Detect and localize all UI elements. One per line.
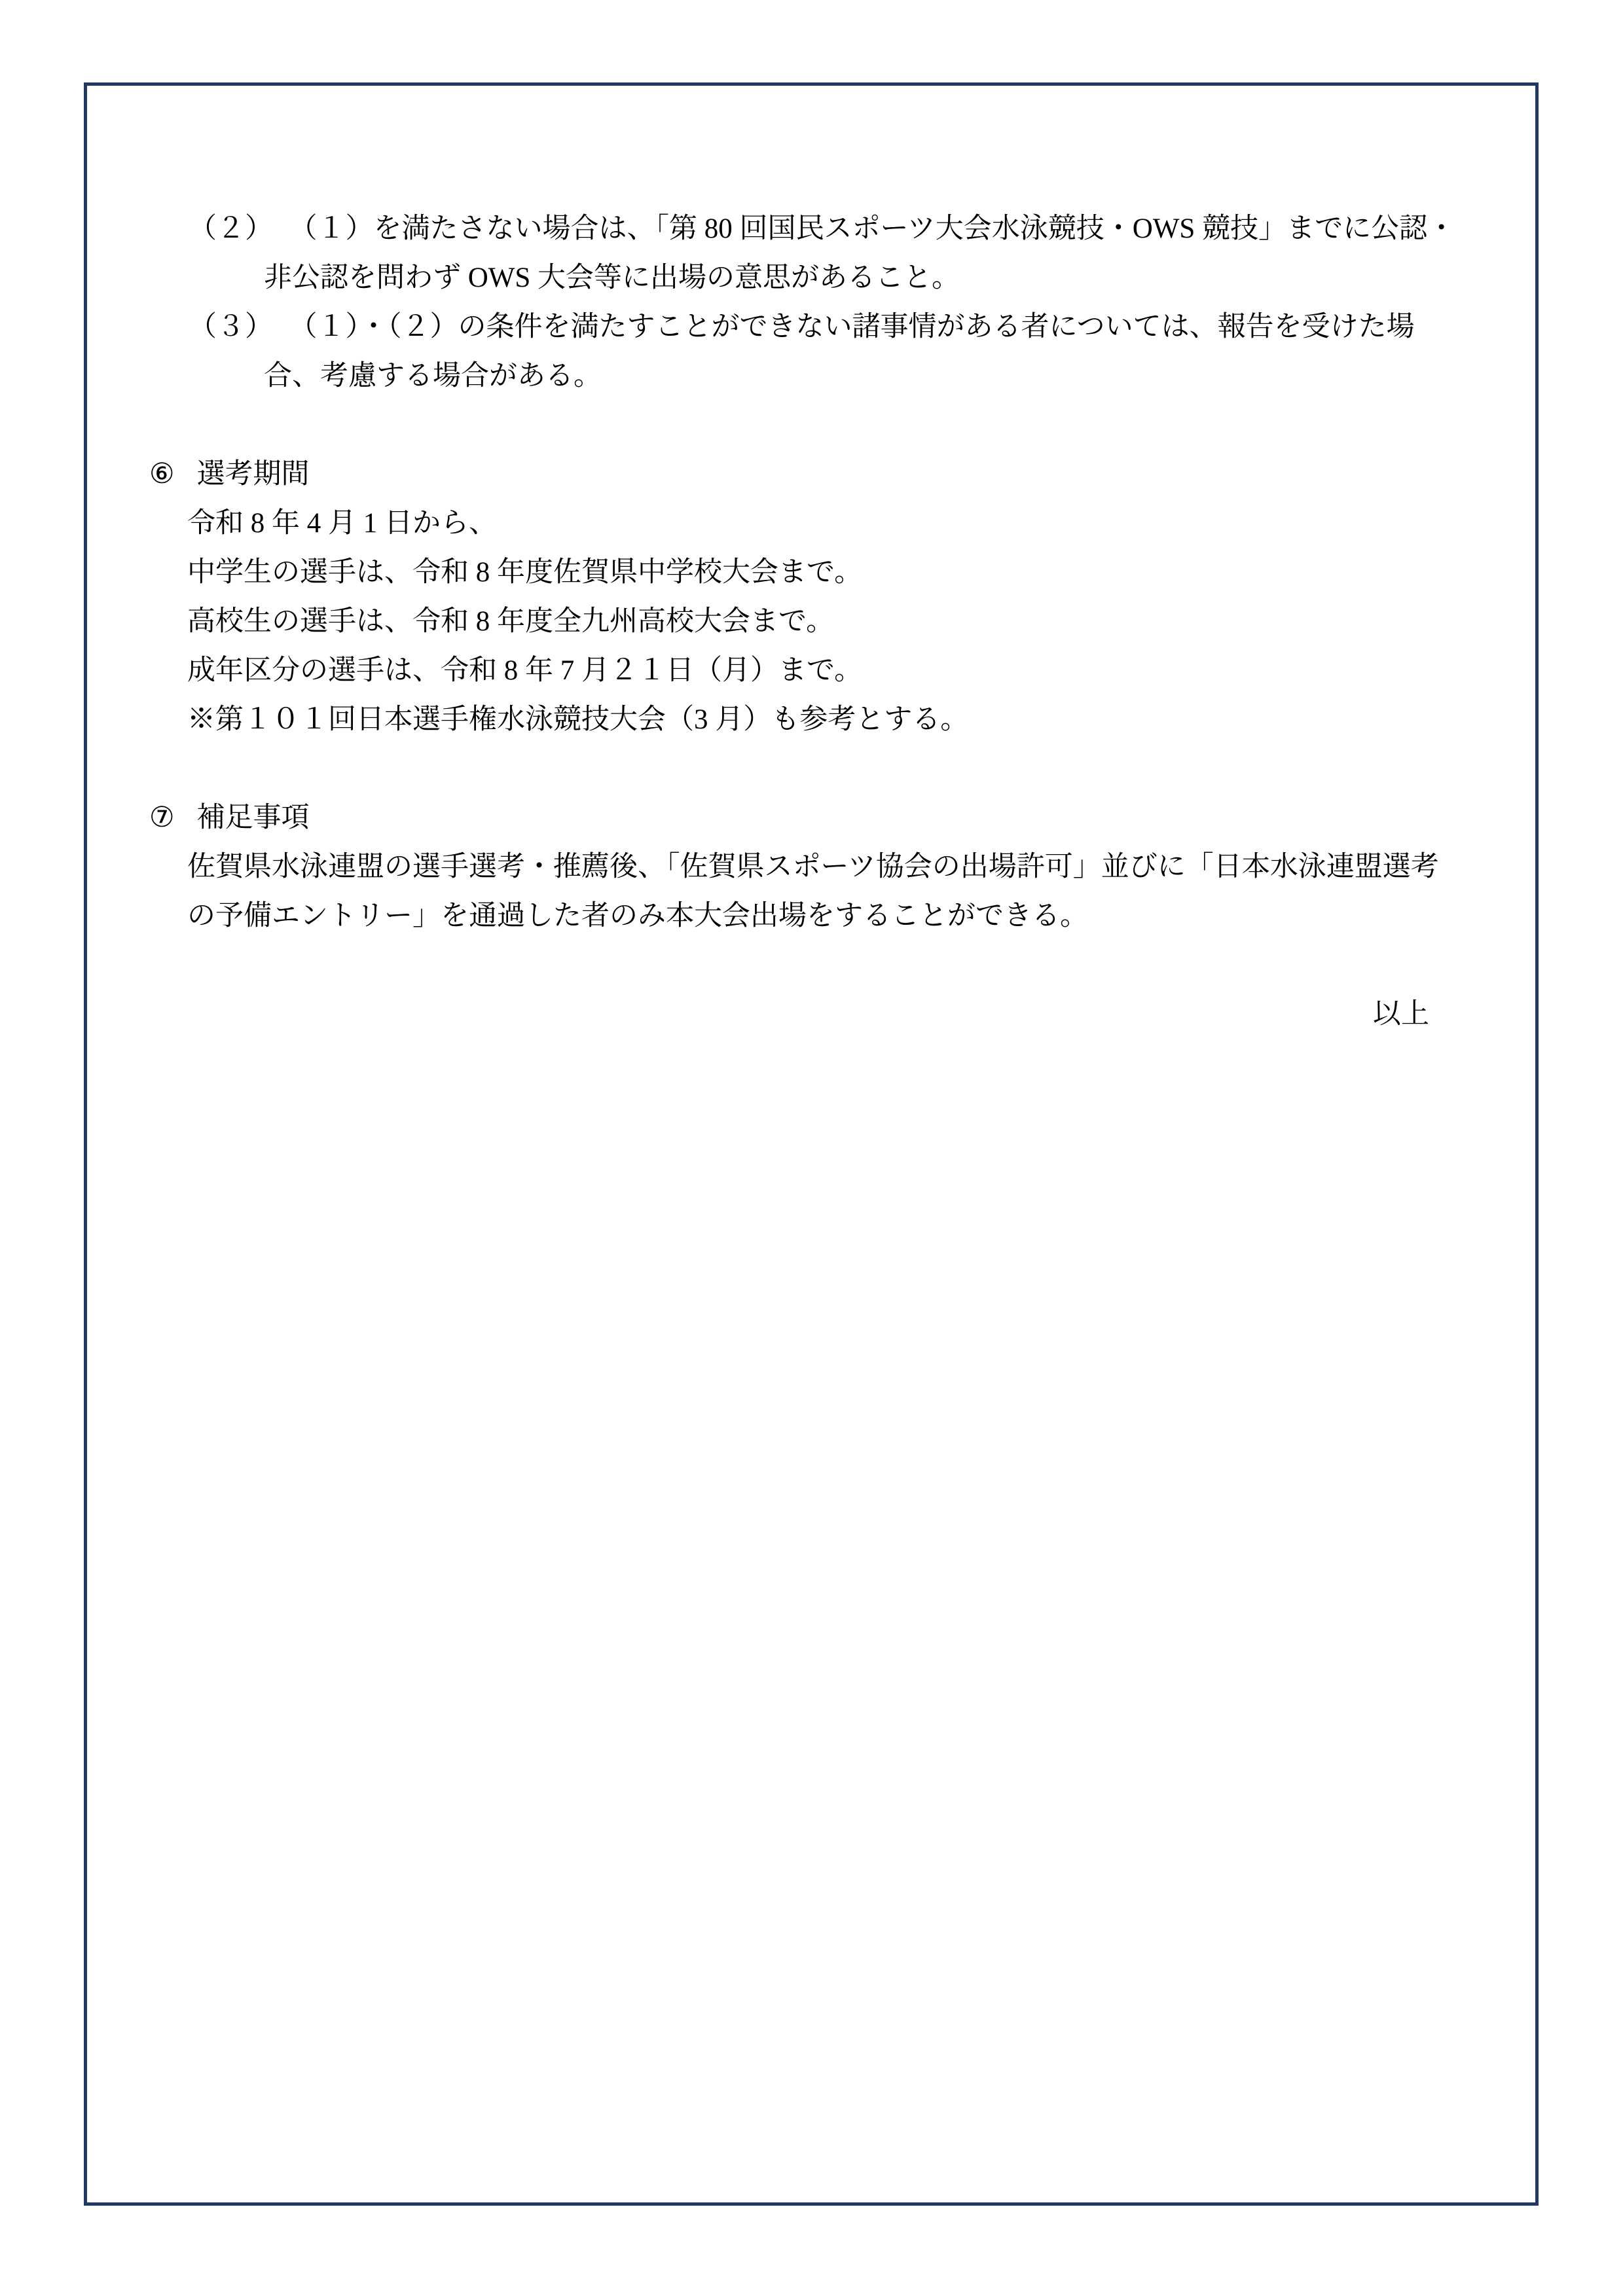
section-6-number: ⑥ — [149, 459, 175, 490]
closing-statement: 以上 — [87, 990, 1535, 1039]
clause-2-number: （２） — [189, 213, 273, 244]
section-6-text-3: 高校生の選手は、令和 8 年度全九州高校大会まで。 — [187, 606, 834, 637]
closing-text: 以上 — [1373, 999, 1429, 1030]
section-6-line-4: 成年区分の選手は、令和 8 年 7 月２１日（月）まで。 — [87, 646, 1535, 695]
spacer-line — [87, 941, 1535, 990]
clause-3-line-2: 合、考慮する場合がある。 — [87, 351, 1535, 401]
clause-3-text-1: （１）・（２）の条件を満たすことができない諸事情がある者については、報告を受けた… — [303, 312, 1415, 342]
section-6-line-2: 中学生の選手は、令和 8 年度佐賀県中学校大会まで。 — [87, 548, 1535, 597]
spacer-line — [87, 744, 1535, 793]
section-6-text-2: 中学生の選手は、令和 8 年度佐賀県中学校大会まで。 — [187, 557, 862, 588]
document-body: （２）（１）を満たさない場合は、「第 80 回国民スポーツ大会水泳競技・OWS … — [87, 86, 1535, 1039]
clause-3-number: （３） — [189, 312, 273, 342]
clause-2-line-2: 非公認を問わず OWS 大会等に出場の意思があること。 — [87, 253, 1535, 302]
clause-2-line-1: （２）（１）を満たさない場合は、「第 80 回国民スポーツ大会水泳競技・OWS … — [87, 204, 1535, 253]
document-page: { "page": { "kind": "printed-document-pa… — [0, 0, 1623, 2296]
clause-2-text-2: 非公認を問わず OWS 大会等に出場の意思があること。 — [264, 262, 960, 293]
section-7-line-2: の予備エントリー」を通過した者のみ本大会出場をすることができる。 — [87, 891, 1535, 941]
section-7-title: 補足事項 — [197, 802, 310, 833]
section-7-text-1: 佐賀県水泳連盟の選手選考・推薦後、「佐賀県スポーツ協会の出場許可」並びに「日本水… — [187, 852, 1439, 882]
clause-2-text-1: （１）を満たさない場合は、「第 80 回国民スポーツ大会水泳競技・OWS 競技」… — [303, 213, 1455, 244]
section-7-line-1: 佐賀県水泳連盟の選手選考・推薦後、「佐賀県スポーツ協会の出場許可」並びに「日本水… — [87, 842, 1535, 891]
section-6-text-1: 令和 8 年 4 月 1 日から、 — [187, 508, 497, 539]
section-6-text-5: ※第１０１回日本選手権水泳競技大会（3 月）も参考とする。 — [187, 704, 968, 735]
clause-3-line-1: （３）（１）・（２）の条件を満たすことができない諸事情がある者については、報告を… — [87, 302, 1535, 351]
section-6-line-1: 令和 8 年 4 月 1 日から、 — [87, 499, 1535, 548]
section-6-text-4: 成年区分の選手は、令和 8 年 7 月２１日（月）まで。 — [187, 655, 862, 686]
section-7-number: ⑦ — [149, 802, 175, 833]
spacer-line — [87, 401, 1535, 450]
clause-3-text-2: 合、考慮する場合がある。 — [264, 361, 602, 391]
page-border-frame: （２）（１）を満たさない場合は、「第 80 回国民スポーツ大会水泳競技・OWS … — [84, 82, 1539, 2206]
section-6-line-3: 高校生の選手は、令和 8 年度全九州高校大会まで。 — [87, 597, 1535, 646]
section-6-heading: ⑥選考期間 — [87, 450, 1535, 499]
section-7-heading: ⑦補足事項 — [87, 793, 1535, 842]
section-6-title: 選考期間 — [197, 459, 310, 490]
section-7-text-2: の予備エントリー」を通過した者のみ本大会出場をすることができる。 — [187, 901, 1088, 931]
section-6-line-5: ※第１０１回日本選手権水泳競技大会（3 月）も参考とする。 — [87, 695, 1535, 744]
